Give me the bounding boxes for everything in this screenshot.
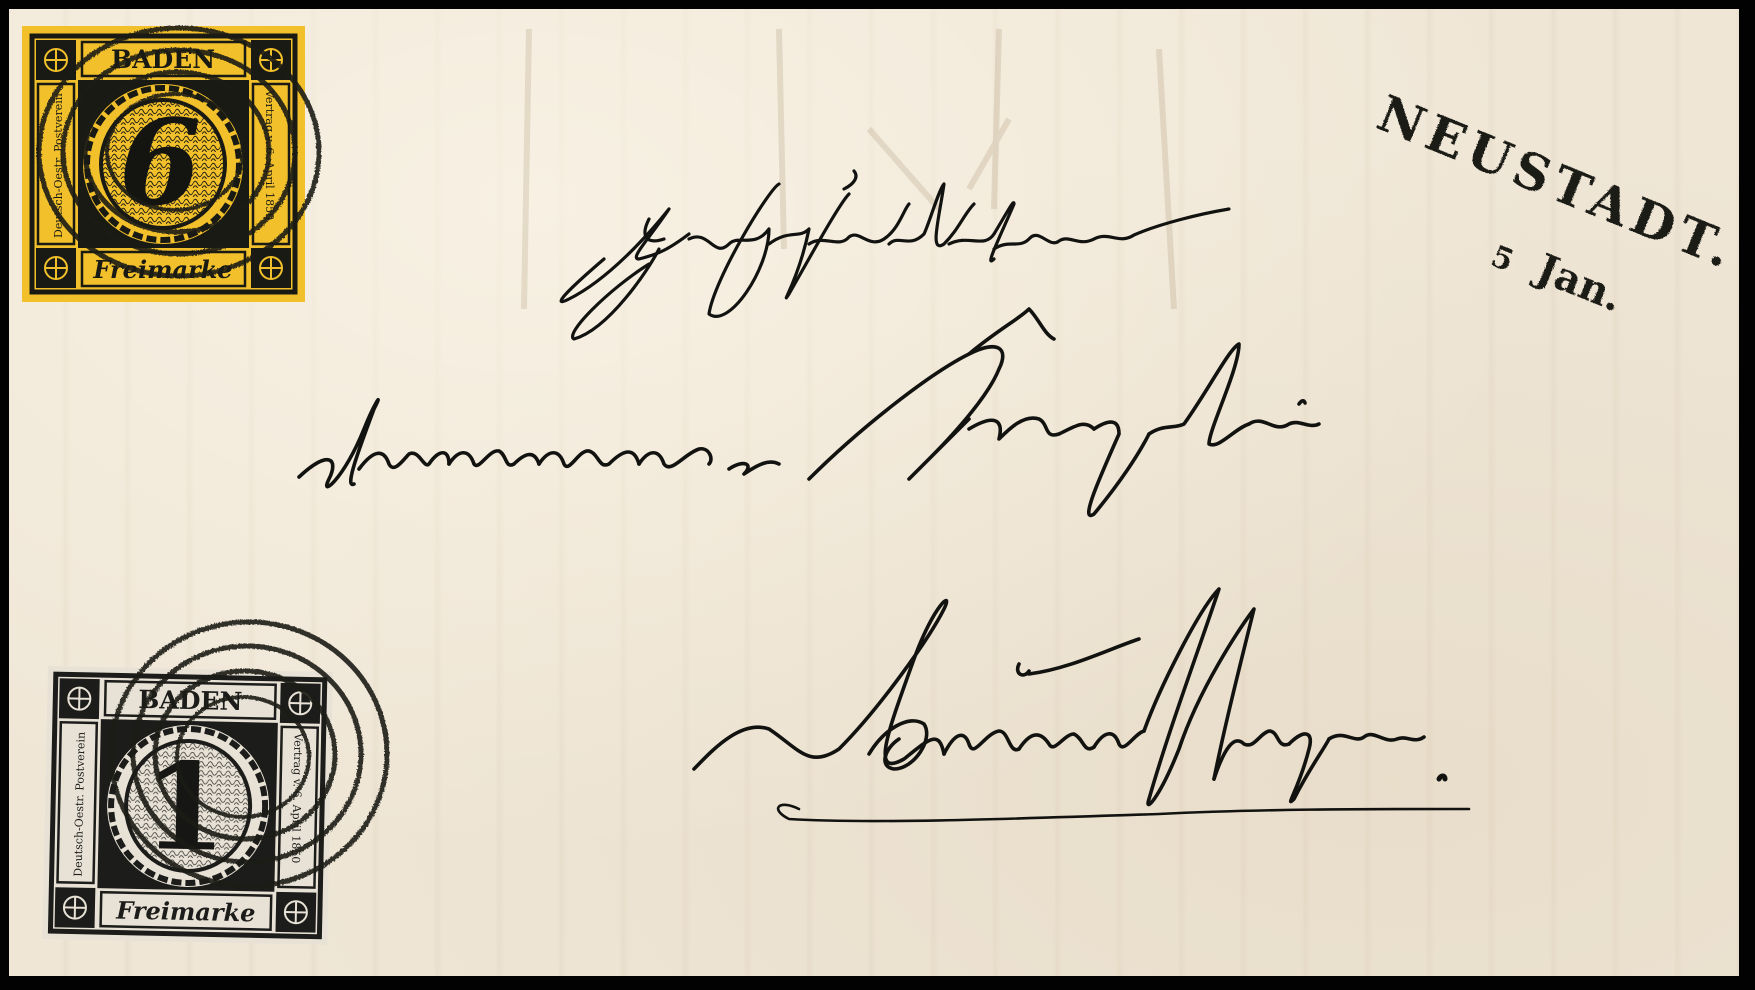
stamp-1-bottom-label: Freimarke [115, 895, 256, 927]
address-line-2-script [299, 309, 1319, 515]
address-line-1-script [561, 171, 1229, 339]
handwritten-address [299, 171, 1469, 821]
neustadt-postmark: NEUSTADT. 5 Jan. [1370, 83, 1739, 321]
black-frame: Hochfürstlicher Domainen - Kanzlei Donau… [0, 0, 1755, 990]
address-line-3-script [694, 589, 1445, 805]
address-underline [778, 805, 1469, 821]
postmark-month: Jan. [1527, 244, 1629, 322]
paper-stains [524, 29, 1174, 309]
postmark-day: 5 [1486, 239, 1518, 279]
stamp-1-kreuzer: BADEN Freimarke Deutsch-Oestr. Postverei… [42, 666, 333, 945]
postal-cover: Hochfürstlicher Domainen - Kanzlei Donau… [9, 9, 1739, 976]
cover-artwork: BADEN Freimarke Deutsch-Oestr. Postverei… [9, 9, 1739, 976]
stamp-6-denomination: 6 [119, 93, 201, 232]
